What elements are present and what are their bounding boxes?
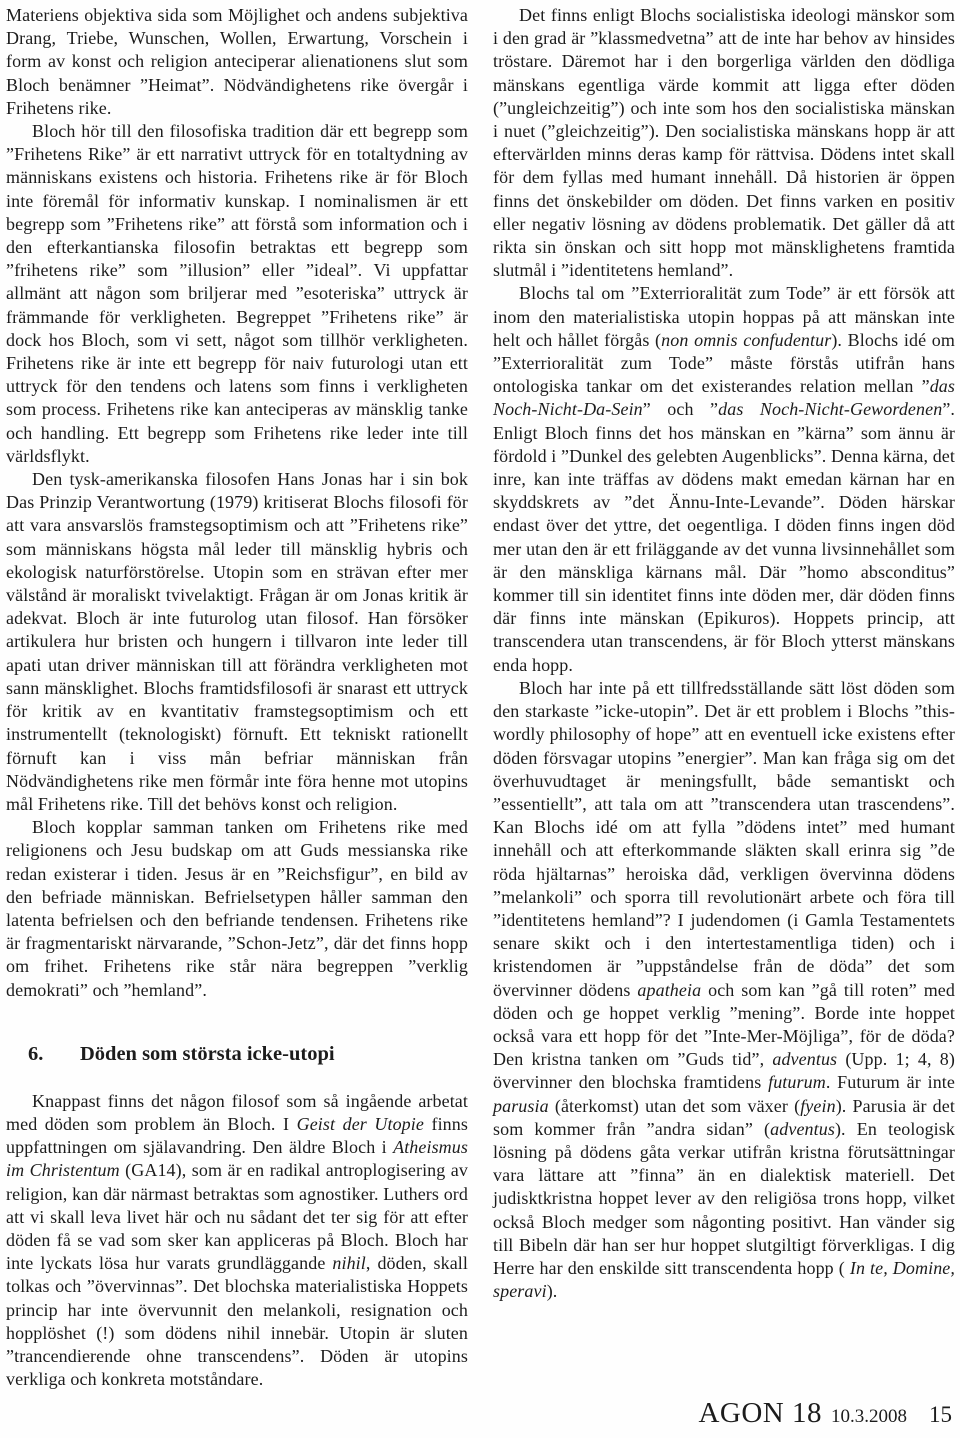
italic-text: adventus bbox=[772, 1049, 837, 1069]
issue-date: 10.3.2008 bbox=[831, 1406, 907, 1428]
text-columns: Materiens objektiva sida som Möjlighet o… bbox=[0, 0, 960, 1391]
section-number: 6. bbox=[28, 1042, 80, 1066]
paragraph: Materiens objektiva sida som Möjlighet o… bbox=[6, 4, 468, 120]
italic-text: In te, Domine, speravi bbox=[493, 1258, 955, 1301]
italic-text: Geist der Utopie bbox=[297, 1114, 424, 1134]
italic-text: Atheismus im Christentum bbox=[6, 1137, 468, 1180]
text-column-right: Det finns enligt Blochs socialistiska id… bbox=[493, 4, 955, 1391]
paragraph: Bloch har inte på ett tillfredsställande… bbox=[493, 677, 955, 1303]
italic-text: adventus bbox=[770, 1119, 835, 1139]
paragraph: Den tysk-amerikanska filosofen Hans Jona… bbox=[6, 468, 468, 816]
paragraph: Knappast finns det någon filosof som så … bbox=[6, 1090, 468, 1392]
italic-text: das Noch-Nicht-Gewordenen bbox=[718, 399, 942, 419]
page-number: 15 bbox=[929, 1402, 952, 1428]
journal-title: AGON 18 bbox=[698, 1397, 822, 1430]
section-heading: 6.Döden som största icke-utopi bbox=[6, 1042, 468, 1066]
italic-text: non omnis confudentur bbox=[661, 330, 831, 350]
italic-text: apatheia bbox=[637, 980, 701, 1000]
italic-text: nihil bbox=[332, 1253, 366, 1273]
paragraph: Det finns enligt Blochs socialistiska id… bbox=[493, 4, 955, 282]
italic-text: futurum bbox=[768, 1072, 826, 1092]
italic-text: parusia bbox=[493, 1096, 549, 1116]
italic-text: fyein bbox=[800, 1096, 835, 1116]
document-page: Materiens objektiva sida som Möjlighet o… bbox=[0, 0, 960, 1438]
page-footer: AGON 18 10.3.2008 15 bbox=[698, 1397, 952, 1430]
paragraph: Bloch kopplar samman tanken om Frihetens… bbox=[6, 816, 468, 1002]
text-column-left: Materiens objektiva sida som Möjlighet o… bbox=[6, 4, 468, 1391]
paragraph: Blochs tal om ”Exterrioralität zum Tode”… bbox=[493, 282, 955, 676]
paragraph: Bloch hör till den filosofiska tradition… bbox=[6, 120, 468, 468]
section-title: Döden som största icke-utopi bbox=[80, 1043, 335, 1065]
